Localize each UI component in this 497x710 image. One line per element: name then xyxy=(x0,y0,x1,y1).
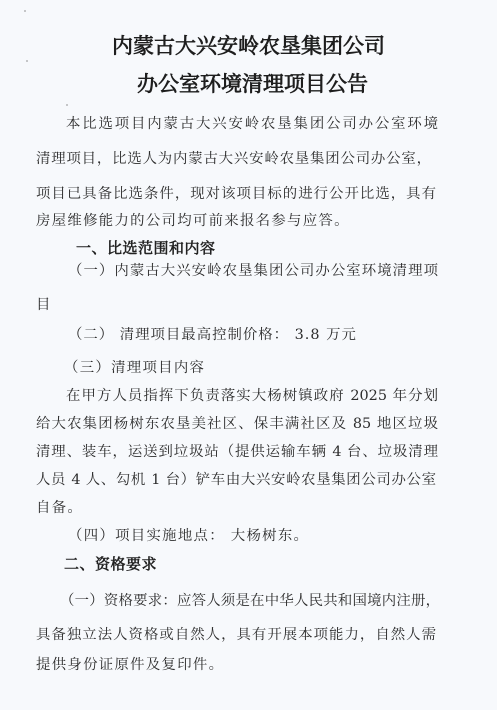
scan-speck xyxy=(66,104,68,106)
document-page: 内蒙古大兴安岭农垦集团公司 办公室环境清理项目公告 本比选项目内蒙古大兴安岭农垦… xyxy=(0,0,497,710)
intro-line-1: 本比选项目内蒙古大兴安岭农垦集团公司办公室环境 xyxy=(66,115,438,133)
section1-item3-line5: 自备。 xyxy=(36,499,441,517)
section1-item3-line1: 在甲方人员指挥下负责落实大杨树镇政府 2025 年分划 xyxy=(66,387,438,405)
section1-heading: 一、比选范围和内容 xyxy=(76,239,216,257)
section1-item3-heading: （三）清理项目内容 xyxy=(64,359,469,377)
intro-line-4: 房屋维修能力的公司均可前来报名参与应答。 xyxy=(36,212,441,230)
section1-item3-line3: 清理、装车，运送到垃圾站（提供运输车辆 4 台、垃圾清理 xyxy=(36,443,438,461)
document-title-line2: 办公室环境清理项目公告 xyxy=(4,68,497,98)
section1-item4: （四）项目实施地点： 大杨树东。 xyxy=(68,527,473,545)
section1-item1-line2: 目 xyxy=(36,296,441,314)
intro-line-3: 项目已具备比选条件，现对该项目标的进行公开比选，具有 xyxy=(36,185,436,203)
section1-item1-line1: （一）内蒙古大兴安岭农垦集团公司办公室环境清理项 xyxy=(68,262,438,280)
section1-item2: （二） 清理项目最高控制价格： 3.8 万元 xyxy=(68,326,473,344)
section2-item1-line1: （一）资格要求：应答人须是在中华人民共和国境内注册， xyxy=(60,592,440,610)
document-title-line1: 内蒙古大兴安岭农垦集团公司 xyxy=(0,30,497,60)
section2-item1-line2: 具备独立法人资格或自然人，具有开展本项能力，自然人需 xyxy=(36,626,436,644)
section1-item3-line2: 给大农集团杨树东农垦美社区、保丰满社区及 85 地区垃圾 xyxy=(36,415,438,433)
section2-heading: 二、资格要求 xyxy=(64,555,157,573)
scan-speck xyxy=(26,60,28,62)
scan-speck xyxy=(24,10,26,12)
intro-line-2: 清理项目，比选人为内蒙古大兴安岭农垦集团公司办公室， xyxy=(36,150,431,168)
section2-item1-line3: 提供身份证原件及复印件。 xyxy=(36,656,441,674)
section1-item3-line4: 人员 4 人、勾机 1 台）铲车由大兴安岭农垦集团公司办公室 xyxy=(36,471,436,489)
